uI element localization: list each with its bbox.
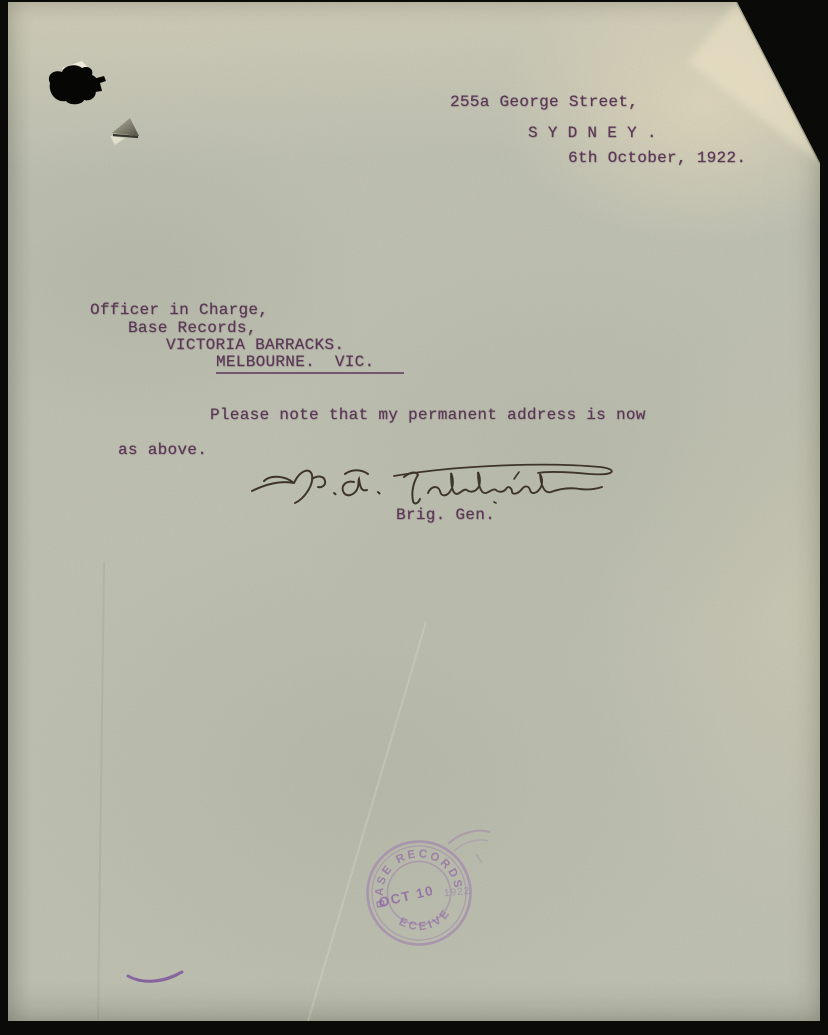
sender-address-line-2: S Y D N E Y . — [528, 125, 657, 142]
sender-address-line-3: 6th October, 1922. — [568, 150, 746, 167]
letter-paper: 255a George Street, S Y D N E Y . 6th Oc… — [8, 2, 820, 1021]
recipient-line-4: MELBOURNE. VIC. — [216, 354, 404, 371]
scanned-letter-photo: 255a George Street, S Y D N E Y . 6th Oc… — [0, 0, 828, 1035]
pen-mark — [128, 972, 182, 982]
body-line-2: as above. — [118, 442, 207, 459]
recipient-line-1: Officer in Charge, — [90, 302, 268, 319]
paper-crease — [98, 562, 104, 1021]
handwritten-signature — [248, 461, 628, 507]
corner-fold-highlight — [688, 2, 820, 163]
small-tear-shadow — [112, 118, 139, 136]
stamp-year-text: 1922 — [444, 886, 471, 900]
torn-hole — [38, 57, 158, 152]
hole-through-paper — [49, 65, 98, 104]
underlined-city-state: MELBOURNE. VIC. — [216, 353, 404, 374]
sender-address-line-1: 255a George Street, — [450, 94, 638, 111]
recipient-line-3: VICTORIA BARRACKS. — [166, 337, 344, 354]
small-tear-highlight — [110, 136, 125, 145]
recipient-line-2: Base Records, — [128, 320, 257, 337]
signature-typed-title: Brig. Gen. — [396, 507, 495, 524]
body-line-1: Please note that my permanent address is… — [210, 407, 646, 424]
